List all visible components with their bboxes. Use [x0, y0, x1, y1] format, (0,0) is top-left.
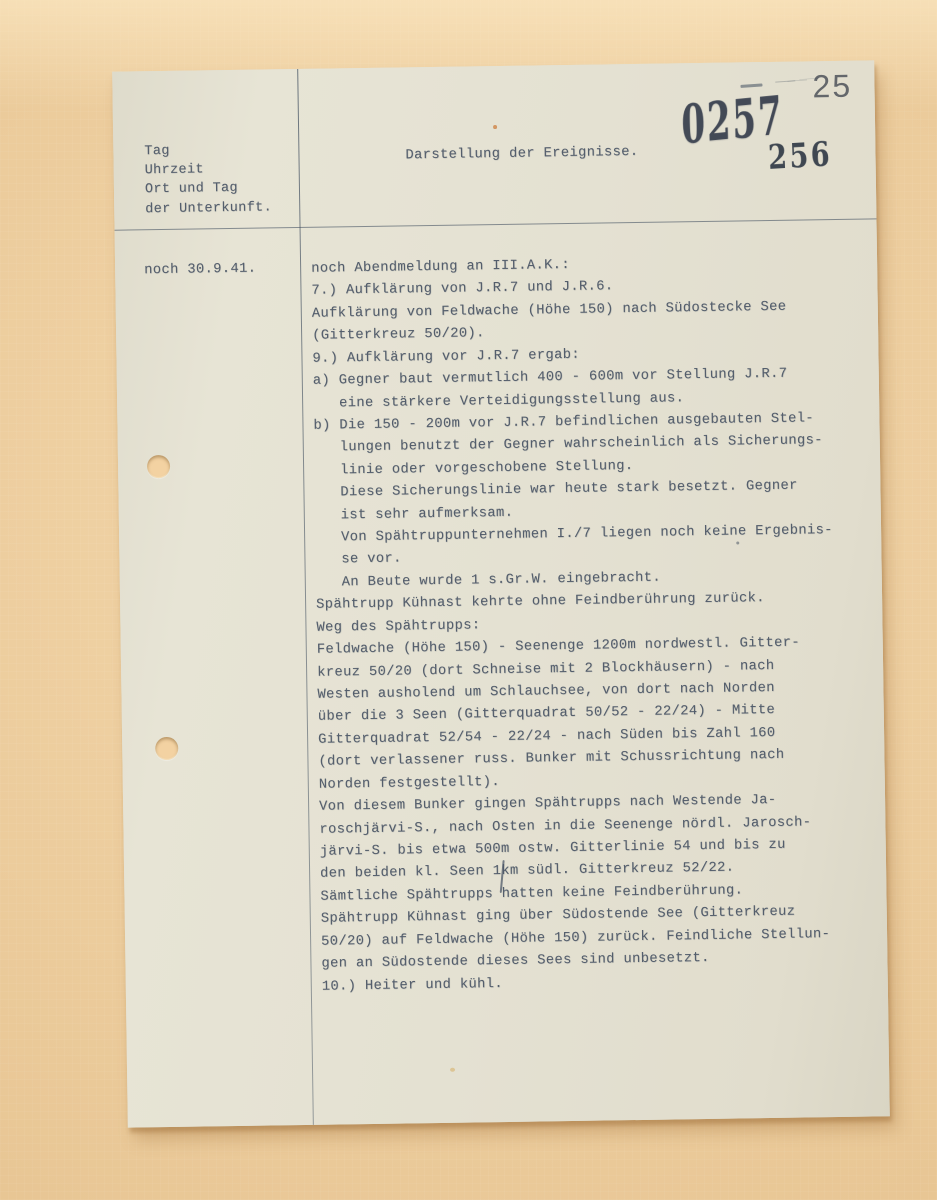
- secondary-number-stamp: 256: [767, 134, 833, 178]
- punch-hole-top: [147, 455, 170, 478]
- paper-speck: [493, 125, 497, 129]
- punch-hole-bottom: [155, 737, 178, 760]
- entry-date-label: noch 30.9.41.: [144, 262, 256, 279]
- document-page: Tag Uhrzeit Ort und Tag der Unterkunft. …: [112, 60, 890, 1127]
- page-number: 25: [812, 68, 852, 106]
- header-main-title: Darstellung der Ereignisse.: [405, 145, 638, 163]
- paper-speck: [736, 541, 739, 544]
- entry-body-text: noch Abendmeldung an III.A.K.: 7.) Aufkl…: [311, 251, 840, 999]
- header-rule-line: [115, 218, 877, 230]
- header-left-column-label: Tag Uhrzeit Ort und Tag der Unterkunft.: [144, 140, 272, 219]
- paper-speck: [450, 1068, 455, 1072]
- photo-backdrop: Tag Uhrzeit Ort und Tag der Unterkunft. …: [0, 0, 937, 1200]
